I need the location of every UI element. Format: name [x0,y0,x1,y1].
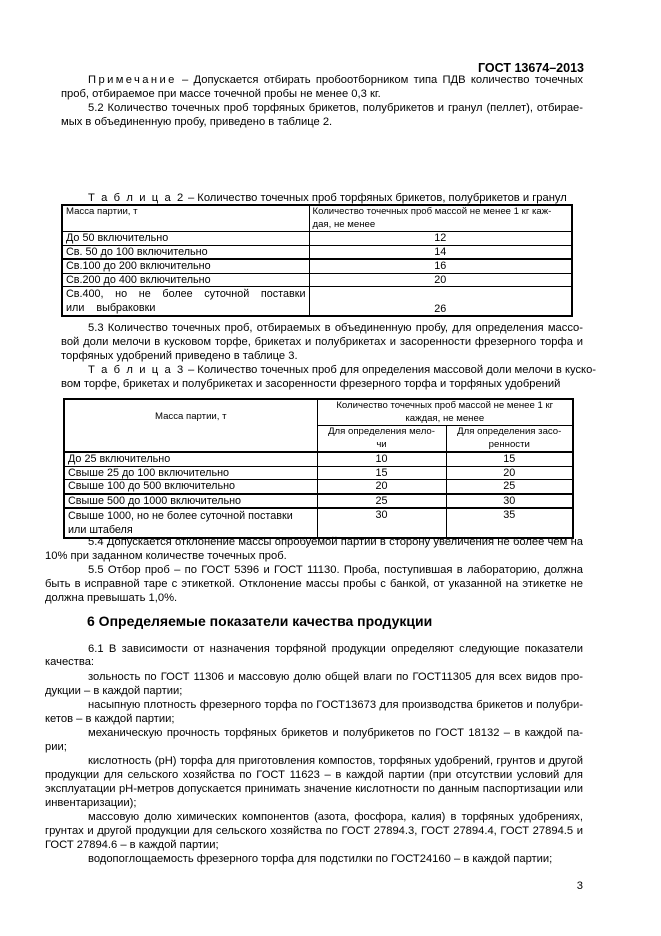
table-row: До 50 включительно 12 [62,232,572,246]
table-2-count-cell: 14 [309,245,572,259]
table-3: Масса партии, т Количество точечных проб… [63,398,574,539]
table-3-litter-cell: 35 [446,508,573,538]
header-line: ренности [450,439,570,452]
table-3-label: Т а б л и ц а 3 [88,364,185,376]
table-3-title: – Количество точечных проб для определен… [185,364,596,376]
para-5-2-line-1: 5.2 Количество точечных проб торфяных бр… [88,101,583,115]
header-line: Количество точечных проб массой не менее… [313,206,569,219]
table-row: Св.400, но не более суточной поставкиили… [62,287,572,317]
item-density-line-1: насыпную плотность фрезерного торфа по Г… [88,698,583,712]
header-line: чи [321,439,443,452]
table-2-header-count: Количество точечных проб массой не менее… [309,205,572,232]
header-line: каждая, не менее [321,413,570,426]
table-3-caption-line-2: вом торфе, брикетах и полубрикетах и зас… [61,377,560,391]
table-2-mass-cell: Св. 50 до 100 включительно [62,245,309,259]
table-3-mass-cell: Свыше 100 до 500 включительно [64,480,317,494]
item-chemical-line-1: массовую долю химических компонентов (аз… [88,810,583,824]
table-row: Св. 50 до 100 включительно 14 [62,245,572,259]
para-6-1-line-2: качества: [45,655,94,669]
table-2-count-cell: 16 [309,259,572,273]
table-2-caption: Т а б л и ц а 2 – Количество точечных пр… [88,191,567,205]
table-row: До 25 включительно 10 15 [64,452,573,466]
table-3-fines-cell: 15 [317,466,446,480]
table-3-fines-cell: 10 [317,452,446,466]
item-chemical-line-2: грунтах и другой продукции для сельского… [45,824,583,838]
item-water-absorption: водопоглощаемость фрезерного торфа для п… [88,852,552,866]
table-2-mass-cell: Св.100 до 200 включительно [62,259,309,273]
cell-line: Св.400, но не более суточной поставки [66,287,306,301]
table-3-litter-cell: 15 [446,452,573,466]
table-3-header-litter: Для определения засо-ренности [446,426,573,453]
table-row: Св.100 до 200 включительно 16 [62,259,572,273]
item-chemical-line-3: ГОСТ 27894.6 – в каждой партии; [45,838,219,852]
table-3-mass-cell: Свыше 500 до 1000 включительно [64,494,317,509]
table-row: Свыше 1000, но не более суточной поставк… [64,508,573,538]
table-2-header-mass: Масса партии, т [62,205,309,232]
section-6-heading: 6 Определяемые показатели качества проду… [87,614,432,628]
cell-line: Свыше 1000, но не более суточной поставк… [68,509,314,523]
table-3-header-fines: Для определения мело-чи [317,426,446,453]
para-5-5-line-3: должна превышать 1,0%. [45,591,177,605]
table-2-mass-cell: До 50 включительно [62,232,309,246]
table-2: Масса партии, т Количество точечных проб… [61,204,573,317]
item-density-line-2: кетов – в каждой партии; [45,712,174,726]
table-3-litter-cell: 25 [446,480,573,494]
table-3-mass-cell: Свыше 1000, но не более суточной поставк… [64,508,317,538]
header-line: Для определения мело- [321,426,443,439]
item-strength-line-1: механическую прочность торфяных брикетов… [88,726,583,740]
table-3-header-mass: Масса партии, т [64,399,317,452]
table-3-litter-cell: 30 [446,494,573,509]
table-row: Св.200 до 400 включительно 20 [62,273,572,287]
item-acidity-line-2: продукции для сельского хозяйства по ГОС… [45,768,583,782]
header-line: Для определения засо- [450,426,570,439]
table-3-mass-cell: Свыше 25 до 100 включительно [64,466,317,480]
table-2-label: Т а б л и ц а 2 [88,192,185,204]
table-2-count-cell: 20 [309,273,572,287]
note-line-2: проб, отбираемое при массе точечной проб… [61,87,381,101]
item-acidity-line-3: эксплуатации pH-метров допускается прини… [45,782,583,796]
item-strength-line-2: рии; [45,740,67,754]
item-acidity-line-1: кислотность (pH) торфа для приготовления… [88,754,583,768]
para-5-3-line-3: торфяных удобрений приведено в таблице 3… [61,349,298,363]
table-row: Свыше 100 до 500 включительно 20 25 [64,480,573,494]
note-label: Примечание [88,74,177,86]
table-2-count-cell: 12 [309,232,572,246]
header-line: дая, не менее [313,219,569,232]
table-3-fines-cell: 20 [317,480,446,494]
para-5-3-line-1: 5.3 Количество точечных проб, отбираемых… [88,321,583,335]
table-2-mass-cell: Св.400, но не более суточной поставкиили… [62,287,309,317]
table-row: Свыше 500 до 1000 включительно 25 30 [64,494,573,509]
table-3-fines-cell: 30 [317,508,446,538]
table-2-count-cell: 26 [309,287,572,317]
table-2-header-row: Масса партии, т Количество точечных проб… [62,205,572,232]
para-5-4-line-1: 5.4 Допускается отклонение массы опробуе… [88,535,583,549]
table-3-header-count: Количество точечных проб массой не менее… [317,399,573,426]
item-ash-line-1: зольность по ГОСТ 11306 и массовую долю … [88,670,583,684]
para-5-2-line-2: мых в объединенную пробу, приведено в та… [61,115,332,129]
page-number: 3 [577,879,583,893]
para-5-5-line-1: 5.5 Отбор проб – по ГОСТ 5396 и ГОСТ 111… [88,563,583,577]
table-2-title: – Количество точечных проб торфяных брик… [185,192,567,204]
table-3-header-row: Масса партии, т Количество точечных проб… [64,399,573,426]
para-5-4-line-2: 10% при заданном количестве точечных про… [45,549,287,563]
table-2-mass-cell: Св.200 до 400 включительно [62,273,309,287]
note-text: – Допускается отбирать пробоотборником т… [177,74,583,86]
para-5-5-line-2: быть в исправной таре с этикеткой. Откло… [45,577,583,591]
item-acidity-line-4: инвентаризации); [45,796,136,810]
table-3-litter-cell: 20 [446,466,573,480]
table-row: Свыше 25 до 100 включительно 15 20 [64,466,573,480]
cell-line: или выбраковки [66,301,306,315]
para-5-3-line-2: вой доли мелочи в кусковом торфе, брикет… [61,335,583,349]
note-line-1: Примечание – Допускается отбирать пробоо… [88,73,583,87]
item-ash-line-2: дукции – в каждой партии; [45,684,182,698]
para-6-1-line-1: 6.1 В зависимости от назначения торфяной… [88,642,583,656]
table-3-caption-line-1: Т а б л и ц а 3 – Количество точечных пр… [88,363,583,377]
table-3-mass-cell: До 25 включительно [64,452,317,466]
table-3-fines-cell: 25 [317,494,446,509]
header-line: Количество точечных проб массой не менее… [321,400,570,413]
